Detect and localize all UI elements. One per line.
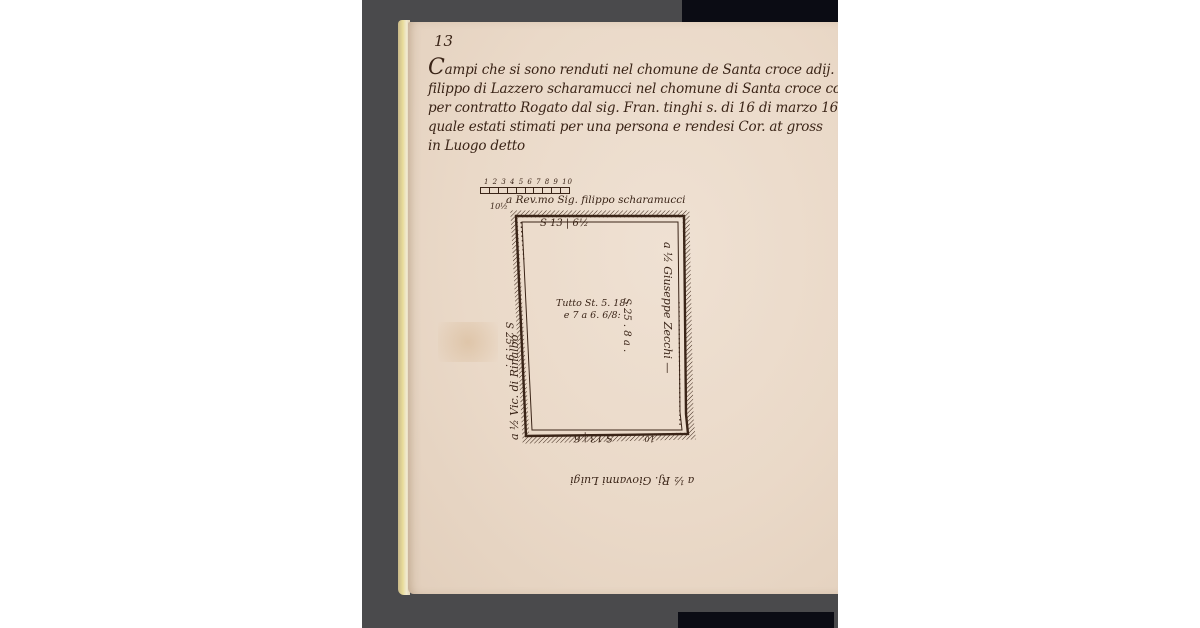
- measure-top: S 13 | 6½: [540, 218, 589, 229]
- manuscript-page: 13 Campi che si sono renduti nel chomune…: [408, 22, 838, 594]
- plot-area-total: Tutto St. 5. 18: e 7 a 6. 6/8:: [556, 298, 629, 322]
- boundary-label-west: a ½ Vic. di Rinalbo: [508, 335, 521, 440]
- measure-bottom: S 13 | 6: [574, 432, 613, 443]
- scanner-background-top: [682, 0, 838, 24]
- scanner-background-bottom: [678, 612, 834, 628]
- measure-right: S 25 . 8 a .: [621, 298, 632, 352]
- scanned-page-viewport: 13 Campi che si sono renduti nel chomune…: [362, 0, 838, 628]
- area-line-2: e 7 a 6. 6/8:: [564, 310, 621, 321]
- boundary-label-south: a ½ Rj. Giovanni Luigi: [570, 474, 694, 487]
- boundary-label-east: a ½ Giuseppe Zecchi —: [661, 242, 674, 373]
- boundary-label-north: a Rev.mo Sig. filippo scharamucci: [506, 194, 686, 206]
- corner-label-bottom-right: 10.: [642, 434, 655, 443]
- area-line-1: Tutto St. 5. 18:: [556, 298, 629, 309]
